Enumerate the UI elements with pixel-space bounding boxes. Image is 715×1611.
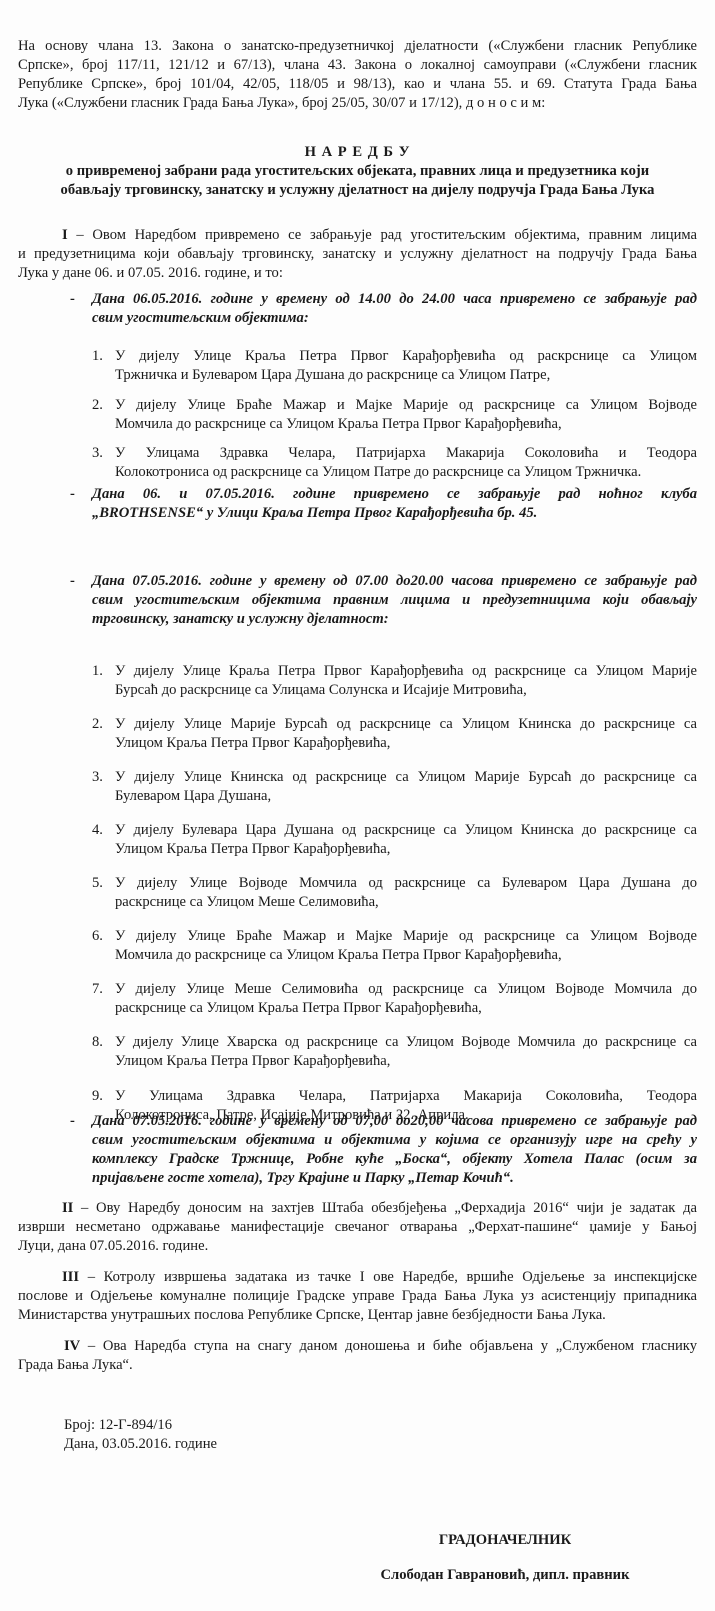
section-numeral: I <box>62 227 68 243</box>
reference-number: Број: 12-Г-894/16 <box>64 1417 172 1434</box>
list-item-number: 5. <box>92 875 103 892</box>
list-item-line: Тржничка и Булеваром Цара Душана до раск… <box>115 367 697 384</box>
list-item-number: 3. <box>92 769 103 786</box>
list-item-line: Колокотрониса од раскрснице са Улицом Па… <box>115 464 697 481</box>
list-item-line: раскрснице са Улицом Краља Петра Првог К… <box>115 1000 697 1017</box>
bullet-line: комплексу Градске Тржнице, Робне куће „Б… <box>92 1151 697 1168</box>
list-item-line: У Улицама Здравка Челара, Патријарха Мак… <box>115 1088 697 1105</box>
section-iii-line: III – Котролу извршења задатака из тачке… <box>62 1269 697 1286</box>
list-item-line: Момчила до раскрснице са Улицом Краља Пе… <box>115 947 697 964</box>
bullet-line: свим угоститељским објектима и објектима… <box>92 1132 697 1149</box>
signature-role: ГРАДОНАЧЕЛНИК <box>380 1532 630 1549</box>
list-item-line: У дијелу Улице Браће Мажар и Мајке Мариј… <box>115 928 697 945</box>
preamble-line: Лука («Службени гласник Града Бања Лука»… <box>18 95 697 112</box>
preamble-line: Српске», број 117/11, 121/12 и 67/13), ч… <box>18 57 697 74</box>
list-item-number: 6. <box>92 928 103 945</box>
preamble-line: Републике Српске», број 101/04, 42/05, 1… <box>18 76 697 93</box>
bullet-line: Дана 06.05.2016. године у времену од 14.… <box>92 291 697 308</box>
section-ii-line: изврши несметано одржавање манифестације… <box>18 1219 697 1236</box>
list-item-number: 9. <box>92 1088 103 1105</box>
bullet-marker: - <box>70 1113 75 1130</box>
list-item-line: Улицом Краља Петра Првог Карађорђевића, <box>115 735 697 752</box>
signature-name: Слободан Гаврановић, дипл. правник <box>330 1567 680 1584</box>
bullet-marker: - <box>70 573 75 590</box>
list-item-line: У дијелу Улице Краља Петра Првог Карађор… <box>115 663 697 680</box>
section-i-line: Лука у дане 06. и 07.05. 2016. године, и… <box>18 265 697 282</box>
list-item-line: У дијелу Булевара Цара Душана од раскрсн… <box>115 822 697 839</box>
list-item-number: 2. <box>92 397 103 414</box>
list-item-line: Улицом Краља Петра Првог Карађорђевића, <box>115 841 697 858</box>
section-numeral: II <box>62 1200 73 1216</box>
section-ii-line: II – Ову Наредбу доносим на захтјев Штаб… <box>62 1200 697 1217</box>
section-numeral: IV <box>64 1338 80 1354</box>
list-item-line: У дијелу Улице Меше Селимовића од раскрс… <box>115 981 697 998</box>
bullet-line: Дана 07.05.2016. године у времену од 07,… <box>92 1113 697 1130</box>
list-item-line: Булеваром Цара Душана, <box>115 788 697 805</box>
list-item-number: 2. <box>92 716 103 733</box>
bullet-line: трговинску, занатску и услужну дјелатнос… <box>92 611 697 628</box>
section-iv-line: IV – Ова Наредба ступа на снагу даном до… <box>64 1338 697 1355</box>
order-subtitle: о привременој забрани рада угоститељских… <box>0 163 715 180</box>
section-i-line: и предузетницима који обављају трговинск… <box>18 246 697 263</box>
reference-date: Дана, 03.05.2016. године <box>64 1436 217 1453</box>
list-item-line: Бурсаћ до раскрснице са Улицама Солунска… <box>115 682 697 699</box>
bullet-line: Дана 07.05.2016. године у времену од 07.… <box>92 573 697 590</box>
bullet-line: пријављене госте хотела), Тргу Крајине и… <box>92 1170 697 1187</box>
section-iv-line: Града Бања Лука“. <box>18 1357 697 1374</box>
list-item-line: У Улицама Здравка Челара, Патријарха Мак… <box>115 445 697 462</box>
bullet-marker: - <box>70 291 75 308</box>
list-item-line: У дијелу Улице Краља Петра Првог Карађор… <box>115 348 697 365</box>
bullet-marker: - <box>70 486 75 503</box>
list-item-number: 3. <box>92 445 103 462</box>
section-iii-line: послове и Одјељење комуналне полиције Гр… <box>18 1288 697 1305</box>
list-item-line: У дијелу Улице Браће Мажар и Мајке Мариј… <box>115 397 697 414</box>
section-i-line: I – Овом Наредбом привремено се забрањуј… <box>62 227 697 244</box>
bullet-line: Дана 06. и 07.05.2016. године привремено… <box>92 486 697 503</box>
list-item-line: раскрснице са Улицом Меше Селимовића, <box>115 894 697 911</box>
list-item-line: Момчила до раскрснице са Улицом Краља Пе… <box>115 416 697 433</box>
list-item-line: Улицом Краља Петра Првог Карађорђевића, <box>115 1053 697 1070</box>
section-numeral: III <box>62 1269 79 1285</box>
order-title: Н А Р Е Д Б У <box>0 144 715 161</box>
preamble-line: На основу члана 13. Закона о занатско-пр… <box>18 38 697 55</box>
section-ii-line: Луци, дана 07.05.2016. године. <box>18 1238 697 1255</box>
bullet-line: свим угоститељским објектима правним лиц… <box>92 592 697 609</box>
section-iii-line: Министарства унутрашњих послова Републик… <box>18 1307 697 1324</box>
bullet-line: „BROTHSENSE“ у Улици Краља Петра Првог К… <box>92 505 697 522</box>
list-item-number: 7. <box>92 981 103 998</box>
bullet-line: свим угоститељским објектима: <box>92 310 697 327</box>
list-item-number: 8. <box>92 1034 103 1051</box>
list-item-line: У дијелу Улице Војводе Момчила од раскрс… <box>115 875 697 892</box>
list-item-line: У дијелу Улице Хварска од раскрснице са … <box>115 1034 697 1051</box>
list-item-number: 1. <box>92 663 103 680</box>
list-item-number: 1. <box>92 348 103 365</box>
list-item-number: 4. <box>92 822 103 839</box>
list-item-line: У дијелу Улице Марије Бурсаћ од раскрсни… <box>115 716 697 733</box>
order-subtitle: обављају трговинску, занатску и услужну … <box>0 182 715 199</box>
list-item-line: У дијелу Улице Книнска од раскрснице са … <box>115 769 697 786</box>
